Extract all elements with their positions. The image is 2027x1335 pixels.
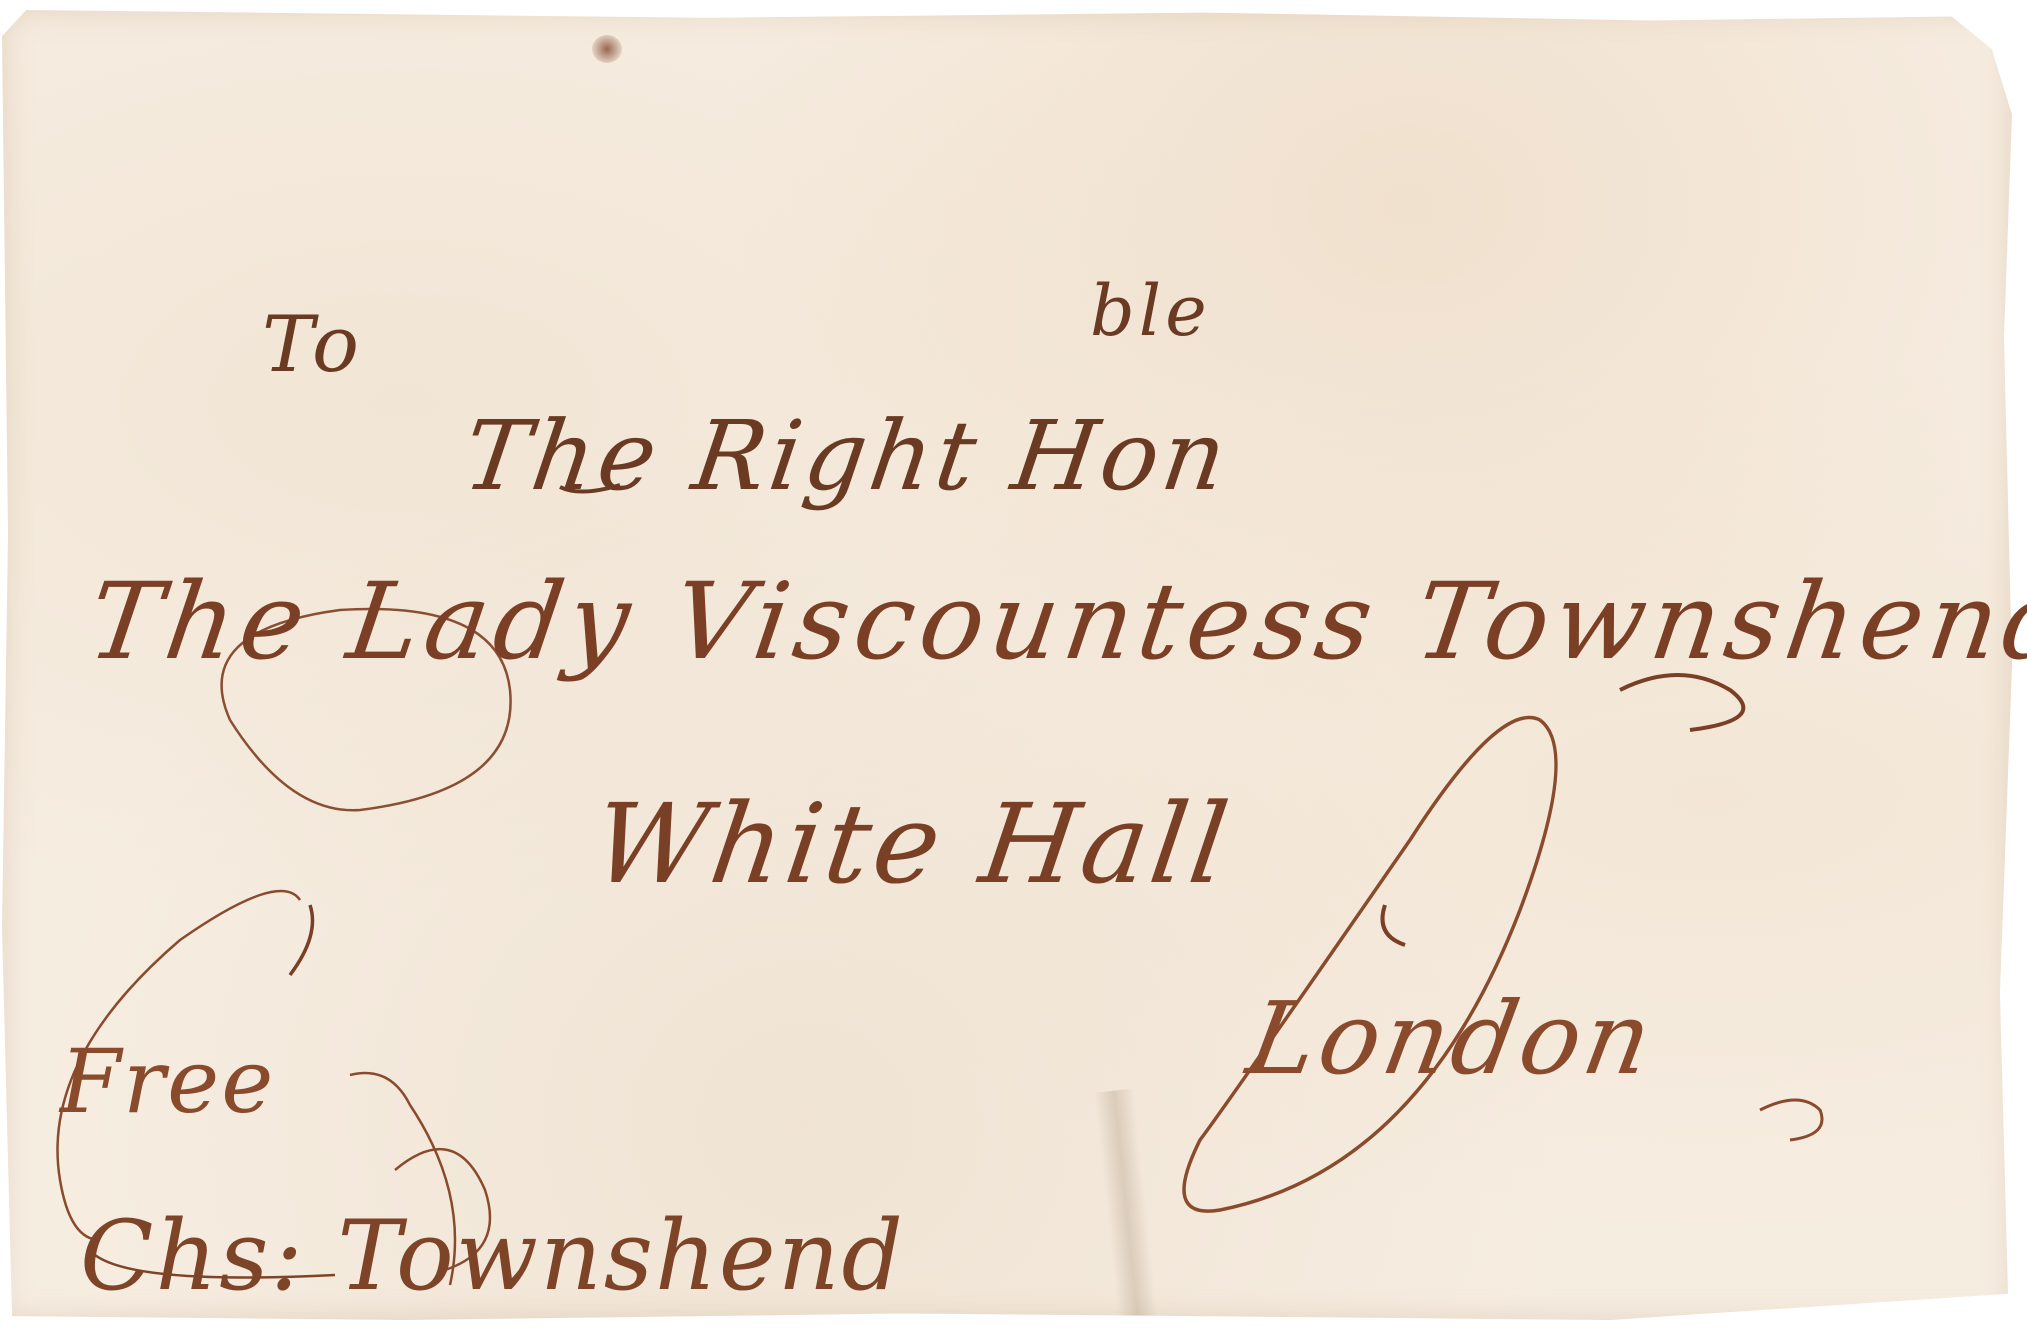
- paper-crease: [1094, 1089, 1160, 1335]
- honorific-superscript: ble: [1090, 270, 1211, 352]
- salutation-to: To: [262, 300, 363, 390]
- ink-stain: [592, 35, 622, 63]
- address-line-recipient: The Lady Viscountess Townshend: [81, 560, 2027, 683]
- address-line-right-hon: The Right Hon: [457, 400, 1237, 512]
- address-line-white-hall: White Hall: [586, 780, 1239, 908]
- frank-signature: Chs: Townshend: [80, 1200, 905, 1312]
- photo-frame: To ble The Right Hon The Lady Viscountes…: [0, 0, 2027, 1335]
- address-line-london: London: [1240, 980, 1664, 1097]
- frank-free: Free: [60, 1030, 275, 1133]
